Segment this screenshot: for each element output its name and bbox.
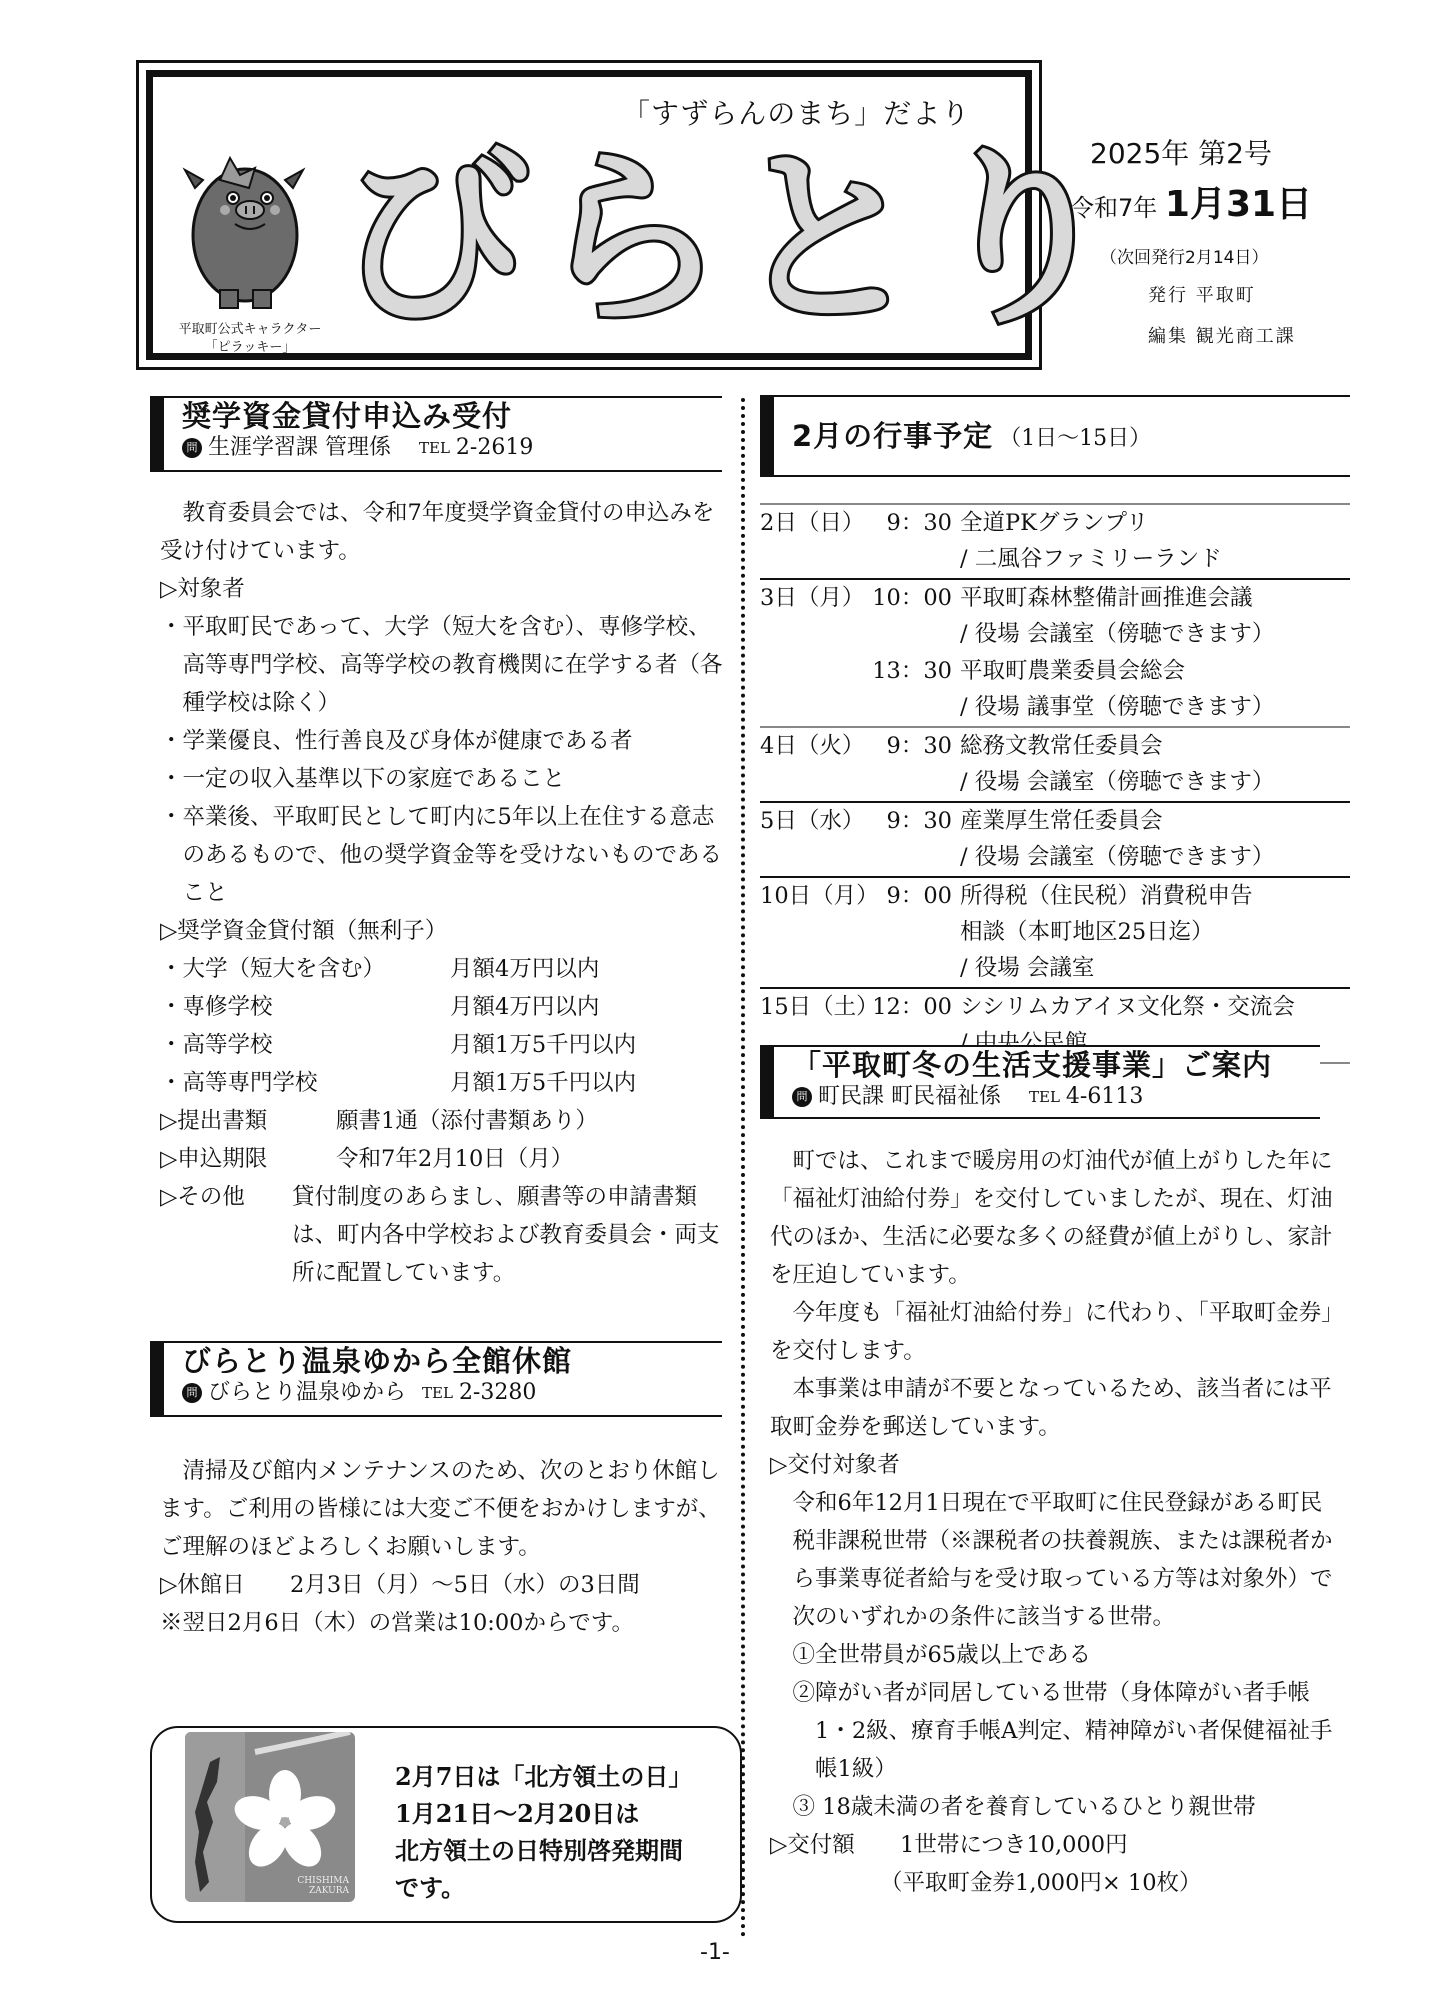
amount-heading: ▷奨学資金貸付額（無利子） <box>160 912 730 950</box>
event-time: 9：00 <box>860 878 960 986</box>
event-location: / 二風谷ファミリーランド <box>960 541 1350 577</box>
tel-label: TEL <box>422 1379 453 1407</box>
onsen-title: びらとり温泉ゆから全館休館 <box>182 1343 722 1379</box>
onsen-note: ※翌日2月6日（木）の営業は10:00からです。 <box>160 1604 730 1642</box>
inquiry-icon: 問 <box>182 1383 202 1403</box>
schedule-row: 3日（月） 10：00 平取町森林整備計画推進会議 / 役場 会議室（傍聴できま… <box>760 578 1350 653</box>
amount-row: ・高等学校月額1万5千円以内 <box>160 1026 730 1064</box>
school-type: ・大学（短大を含む） <box>160 950 450 988</box>
deadline-value: 令和7年2月10日（月） <box>336 1140 573 1178</box>
masthead-tagline: 「すずらんのまち」だより <box>622 92 970 132</box>
condition-item: ①全世帯員が65歳以上である <box>770 1636 1340 1674</box>
mascot-name: 「ピラッキー」 <box>160 336 340 355</box>
onsen-intro: 清掃及び館内メンテナンスのため、次のとおり休館します。ご利用の皆様には大変ご不便… <box>160 1452 730 1566</box>
editor: 編集 観光商工課 <box>1148 322 1296 348</box>
inquiry-icon: 問 <box>792 1087 812 1107</box>
amount-value: 1世帯につき10,000円 <box>900 1826 1128 1864</box>
callout-line: 北方領土の日特別啓発期間 <box>395 1832 692 1869</box>
docs-label: ▷提出書類 <box>160 1102 336 1140</box>
event-time: 13：30 <box>860 653 960 725</box>
page-number: -1- <box>700 1940 730 1965</box>
scholarship-header: 奨学資金貸付申込み受付 問 生涯学習課 管理係 TEL 2-2619 <box>150 396 722 472</box>
target-item: ・卒業後、平取町民として町内に5年以上在住する意志のあるもので、他の奨学資金等を… <box>160 798 730 912</box>
onsen-contact: 問 びらとり温泉ゆから TEL 2-3280 <box>182 1379 722 1407</box>
event-name-cont: 相談（本町地区25日迄） <box>960 914 1350 950</box>
event-details: 所得税（住民税）消費税申告 相談（本町地区25日迄） / 役場 会議室 <box>960 878 1350 986</box>
condition-item: ②障がい者が同居している世帯（身体障がい者手帳1・2級、療育手帳A判定、精神障が… <box>770 1674 1340 1788</box>
schedule-row: 13：30 平取町農業委員会総会 / 役場 議事堂（傍聴できます） <box>760 653 1350 726</box>
event-name: 総務文教常任委員会 <box>960 728 1350 764</box>
contact-department: びらとり温泉ゆから <box>208 1379 406 1407</box>
amount-note: （平取町金券1,000円× 10枚） <box>770 1864 1340 1902</box>
winter-target-heading: ▷交付対象者 <box>770 1446 1340 1484</box>
callout-line: 1月21日～2月20日は <box>395 1795 692 1832</box>
schedule-row: 10日（月） 9：00 所得税（住民税）消費税申告 相談（本町地区25日迄） /… <box>760 876 1350 987</box>
event-location: / 役場 会議室（傍聴できます） <box>960 839 1350 875</box>
event-date <box>760 653 860 725</box>
schedule-title: 2月の行事予定 <box>792 418 993 454</box>
scholarship-intro: 教育委員会では、令和7年度奨学資金貸付の申込みを受け付けています。 <box>160 494 730 570</box>
condition-item: ③ 18歳未満の者を養育しているひとり親世帯 <box>770 1788 1340 1826</box>
issue-date-main: 1月31日 <box>1165 184 1312 225</box>
monthly-amount: 月額1万5千円以内 <box>450 1026 636 1064</box>
event-name: シシリムカアイヌ文化祭・交流会 <box>960 989 1350 1025</box>
event-time: 9：30 <box>860 803 960 875</box>
event-date: 3日（月） <box>760 580 860 652</box>
tel-number[interactable]: 2-2619 <box>456 434 533 462</box>
school-type: ・専修学校 <box>160 988 450 1026</box>
event-location: / 役場 議事堂（傍聴できます） <box>960 689 1350 725</box>
schedule-row: 4日（火） 9：30 総務文教常任委員会 / 役場 会議室（傍聴できます） <box>760 726 1350 801</box>
onsen-body: 清掃及び館内メンテナンスのため、次のとおり休館します。ご利用の皆様には大変ご不便… <box>160 1452 730 1642</box>
winter-support-title: 「平取町冬の生活支援事業」ご案内 <box>792 1047 1320 1083</box>
scholarship-title: 奨学資金貸付申込み受付 <box>182 398 722 434</box>
callout-line: 2月7日は「北方領土の日」 <box>395 1758 692 1795</box>
other-value: 貸付制度のあらまし、願書等の申請書類は、町内各中学校および教育委員会・両支所に配… <box>292 1178 722 1292</box>
event-details: 平取町森林整備計画推進会議 / 役場 会議室（傍聴できます） <box>960 580 1350 652</box>
inquiry-icon: 問 <box>182 438 202 458</box>
event-details: 総務文教常任委員会 / 役場 会議室（傍聴できます） <box>960 728 1350 800</box>
event-details: 全道PKグランプリ / 二風谷ファミリーランド <box>960 505 1350 577</box>
tel-number[interactable]: 4-6113 <box>1066 1083 1143 1111</box>
other-label: ▷その他 <box>160 1178 292 1292</box>
event-name: 産業厚生常任委員会 <box>960 803 1350 839</box>
event-location: / 役場 会議室 <box>960 950 1350 986</box>
newsletter-logo: びらとり <box>340 140 1124 340</box>
schedule-range: （1日～15日） <box>999 421 1151 452</box>
issue-number: 2025年 第2号 <box>1090 132 1272 172</box>
callout-line: です。 <box>395 1869 692 1906</box>
event-date: 2日（日） <box>760 505 860 577</box>
closed-value: 2月3日（月）～5日（水）の3日間 <box>290 1566 640 1604</box>
event-details: 産業厚生常任委員会 / 役場 会議室（傍聴できます） <box>960 803 1350 875</box>
winter-para: 今年度も「福祉灯油給付券」に代わり、「平取町金券」を交付します。 <box>770 1294 1340 1370</box>
callout-text: 2月7日は「北方領土の日」 1月21日～2月20日は 北方領土の日特別啓発期間 … <box>395 1758 692 1906</box>
event-name: 平取町農業委員会総会 <box>960 653 1350 689</box>
event-date: 5日（水） <box>760 803 860 875</box>
winter-para: 本事業は申請が不要となっているため、該当者には平取町金券を郵送しています。 <box>770 1370 1340 1446</box>
tel-label: TEL <box>1029 1083 1060 1111</box>
event-location: / 役場 会議室（傍聴できます） <box>960 764 1350 800</box>
target-item: ・一定の収入基準以下の家庭であること <box>160 760 730 798</box>
school-type: ・高等専門学校 <box>160 1064 450 1102</box>
event-name: 全道PKグランプリ <box>960 505 1350 541</box>
event-date: 10日（月） <box>760 878 860 986</box>
closed-label: ▷休館日 <box>160 1566 290 1604</box>
winter-para: 町では、これまで暖房用の灯油代が値上がりした年に「福祉灯油給付券」を交付していま… <box>770 1142 1340 1294</box>
event-name: 所得税（住民税）消費税申告 <box>960 878 1350 914</box>
schedule-header: 2月の行事予定 （1日～15日） <box>760 395 1350 477</box>
event-location: / 役場 会議室（傍聴できます） <box>960 616 1350 652</box>
onsen-header: びらとり温泉ゆから全館休館 問 びらとり温泉ゆから TEL 2-3280 <box>150 1341 722 1417</box>
amount-row: ・大学（短大を含む）月額4万円以内 <box>160 950 730 988</box>
scholarship-contact: 問 生涯学習課 管理係 TEL 2-2619 <box>182 434 722 462</box>
chishima-zakura-image: CHISHIMA ZAKURA <box>185 1732 355 1902</box>
event-time: 9：30 <box>860 728 960 800</box>
target-heading: ▷対象者 <box>160 570 730 608</box>
closed-row: ▷休館日2月3日（月）～5日（水）の3日間 <box>160 1566 730 1604</box>
issue-date: 令和7年 1月31日 <box>1070 176 1312 227</box>
event-time: 10：00 <box>860 580 960 652</box>
docs-row: ▷提出書類願書1通（添付書類あり） <box>160 1102 730 1140</box>
tel-number[interactable]: 2-3280 <box>459 1379 536 1407</box>
event-time: 9：30 <box>860 505 960 577</box>
tel-label: TEL <box>419 434 450 462</box>
target-item: ・学業優良、性行善良及び身体が健康である者 <box>160 722 730 760</box>
scholarship-body: 教育委員会では、令和7年度奨学資金貸付の申込みを受け付けています。 ▷対象者 ・… <box>160 494 730 1292</box>
mascot-caption: 平取町公式キャラクター <box>160 318 340 337</box>
event-name: 平取町森林整備計画推進会議 <box>960 580 1350 616</box>
schedule-row: 5日（水） 9：30 産業厚生常任委員会 / 役場 会議室（傍聴できます） <box>760 801 1350 876</box>
amount-row: ・専修学校月額4万円以内 <box>160 988 730 1026</box>
target-item: ・平取町民であって、大学（短大を含む）、専修学校、高等専門学校、高等学校の教育機… <box>160 608 730 722</box>
docs-value: 願書1通（添付書類あり） <box>336 1102 598 1140</box>
monthly-amount: 月額4万円以内 <box>450 950 599 988</box>
image-label: CHISHIMA ZAKURA <box>289 1876 349 1896</box>
mascot-pirakki-icon <box>175 150 315 310</box>
winter-support-body: 町では、これまで暖房用の灯油代が値上がりした年に「福祉灯油給付券」を交付していま… <box>770 1142 1340 1902</box>
school-type: ・高等学校 <box>160 1026 450 1064</box>
amount-row: ▷交付額1世帯につき10,000円 <box>770 1826 1340 1864</box>
next-issue-date: （次回発行2月14日） <box>1100 243 1268 268</box>
amount-label: ▷交付額 <box>770 1826 900 1864</box>
contact-department: 町民課 町民福祉係 <box>818 1083 1001 1111</box>
schedule-table: 2日（日） 9：30 全道PKグランプリ / 二風谷ファミリーランド 3日（月）… <box>760 503 1350 1064</box>
event-date: 4日（火） <box>760 728 860 800</box>
monthly-amount: 月額1万5千円以内 <box>450 1064 636 1102</box>
deadline-label: ▷申込期限 <box>160 1140 336 1178</box>
publisher: 発行 平取町 <box>1148 281 1256 307</box>
event-details: 平取町農業委員会総会 / 役場 議事堂（傍聴できます） <box>960 653 1350 725</box>
winter-target-text: 令和6年12月1日現在で平取町に住民登録がある町民税非課税世帯（※課税者の扶養親… <box>770 1484 1340 1636</box>
amount-row: ・高等専門学校月額1万5千円以内 <box>160 1064 730 1102</box>
winter-support-header: 「平取町冬の生活支援事業」ご案内 問 町民課 町民福祉係 TEL 4-6113 <box>760 1045 1320 1119</box>
issue-date-era: 令和7年 <box>1070 194 1157 222</box>
other-row: ▷その他貸付制度のあらまし、願書等の申請書類は、町内各中学校および教育委員会・両… <box>160 1178 730 1292</box>
schedule-row: 2日（日） 9：30 全道PKグランプリ / 二風谷ファミリーランド <box>760 503 1350 578</box>
winter-support-contact: 問 町民課 町民福祉係 TEL 4-6113 <box>792 1083 1320 1111</box>
column-divider <box>741 398 745 1938</box>
monthly-amount: 月額4万円以内 <box>450 988 599 1026</box>
deadline-row: ▷申込期限令和7年2月10日（月） <box>160 1140 730 1178</box>
contact-department: 生涯学習課 管理係 <box>208 434 391 462</box>
